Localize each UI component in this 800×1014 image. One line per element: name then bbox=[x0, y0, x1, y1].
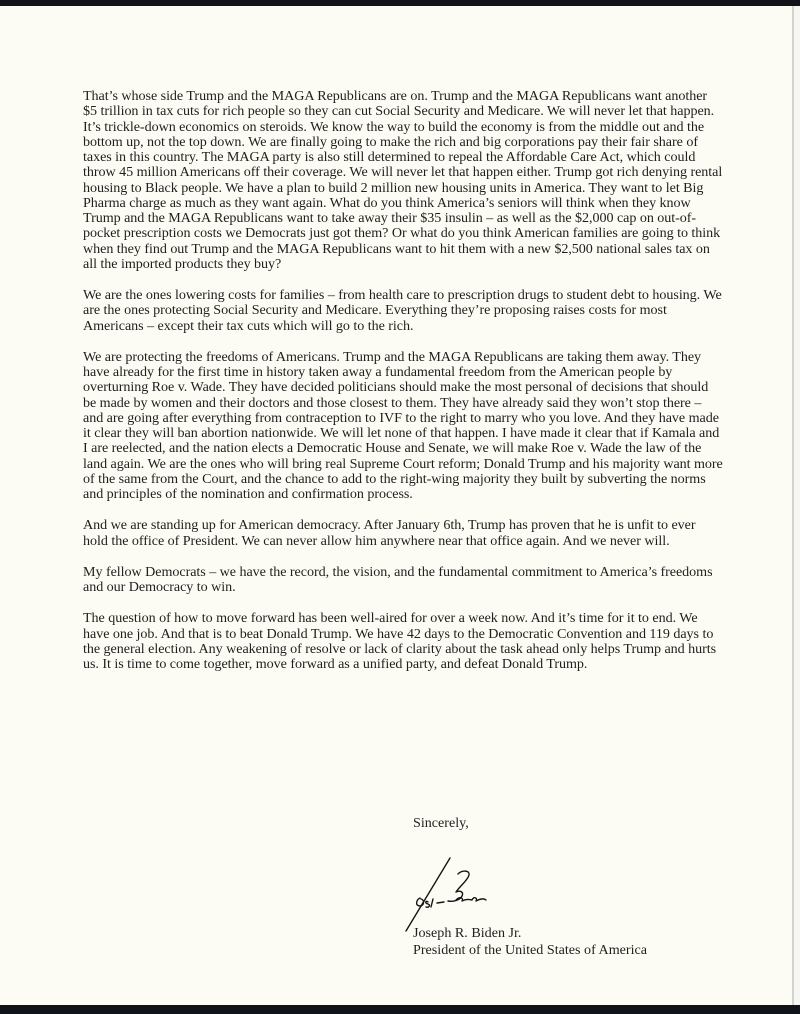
paragraph-2: We are the ones lowering costs for famil… bbox=[83, 288, 723, 334]
paragraph-4: And we are standing up for American demo… bbox=[83, 518, 723, 549]
paragraph-1: That’s whose side Trump and the MAGA Rep… bbox=[83, 89, 723, 272]
page-margin-right bbox=[794, 6, 800, 1005]
paragraph-3: We are protecting the freedoms of Americ… bbox=[83, 350, 723, 503]
paragraph-6: The question of how to move forward has … bbox=[83, 611, 723, 672]
signer-block: Joseph R. Biden Jr. President of the Uni… bbox=[413, 925, 647, 958]
closing: Sincerely, bbox=[413, 816, 469, 831]
signer-title: President of the United States of Americ… bbox=[413, 942, 647, 959]
bottom-bar bbox=[0, 1005, 800, 1014]
top-bar bbox=[0, 0, 800, 6]
paragraph-5: My fellow Democrats – we have the record… bbox=[83, 565, 723, 596]
signature-icon bbox=[398, 856, 508, 936]
letter-body: That’s whose side Trump and the MAGA Rep… bbox=[83, 89, 723, 688]
page-edge-line bbox=[792, 6, 794, 1005]
signer-name: Joseph R. Biden Jr. bbox=[413, 925, 647, 942]
